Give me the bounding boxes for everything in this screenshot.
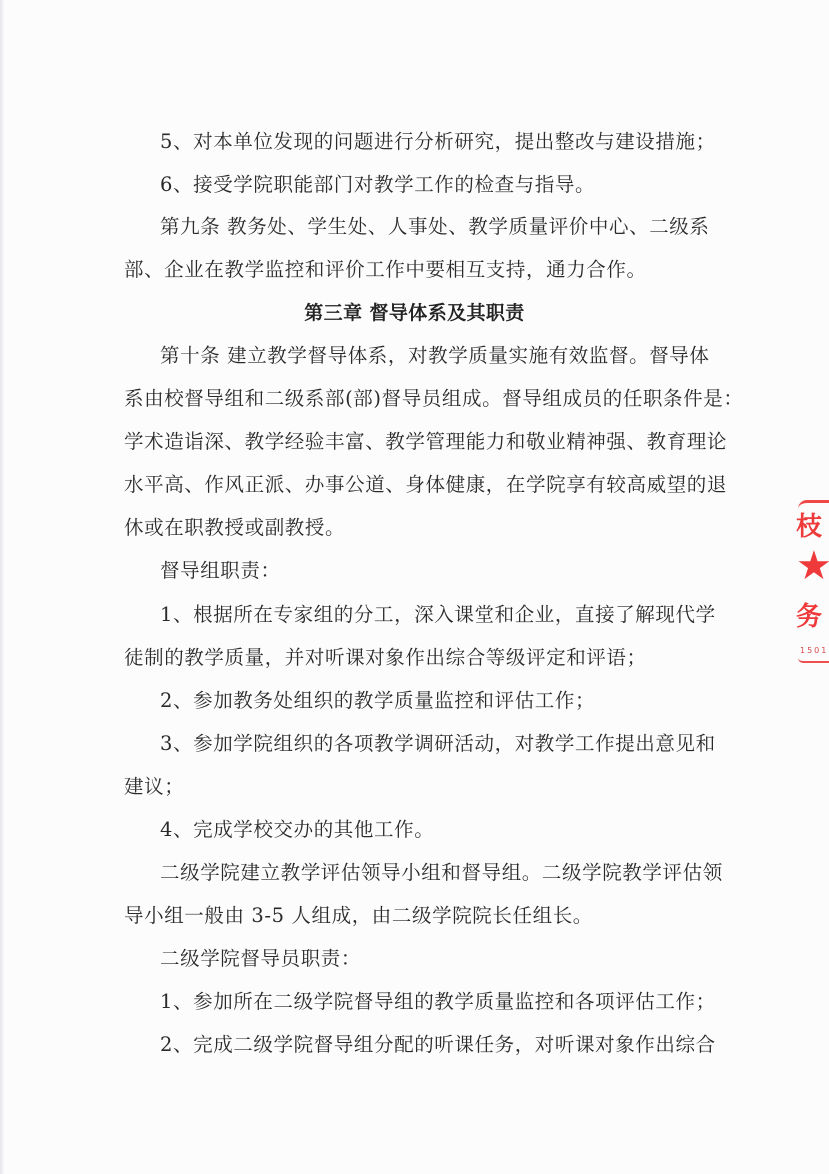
- list-item-6: 6、接受学院职能部门对教学工作的检查与指导。: [160, 172, 595, 198]
- document-page: 5、对本单位发现的问题进行分析研究，提出整改与建设措施； 6、接受学院职能部门对…: [0, 0, 829, 1174]
- college-duty-2: 2、完成二级学院督导组分配的听课任务，对听课对象作出综合: [160, 1032, 716, 1058]
- article-10-line-1: 第十条 建立教学督导体系，对教学质量实施有效监督。督导体: [160, 343, 710, 369]
- group-duty-2: 2、参加教务处组织的教学质量监控和评估工作；: [160, 688, 595, 714]
- college-paragraph-line-1: 二级学院建立教学评估领导小组和督导组。二级学院教学评估领: [160, 860, 723, 886]
- group-duty-4: 4、完成学校交办的其他工作。: [160, 817, 434, 843]
- official-seal-stamp: 枝 ★ 务 1501: [796, 496, 829, 646]
- college-paragraph-line-2: 导小组一般由 3-5 人组成，由二级学院院长任组长。: [124, 903, 593, 929]
- college-duties-title: 二级学院督导员职责：: [160, 946, 361, 972]
- seal-underline: [798, 658, 829, 663]
- scan-page-edge: [0, 0, 4, 1174]
- chapter-heading: 第三章 督导体系及其职责: [0, 300, 829, 326]
- article-10-line-5: 休或在职教授或副教授。: [124, 515, 345, 541]
- article-9-line-2: 部、企业在教学监控和评价工作中要相互支持，通力合作。: [124, 257, 647, 283]
- article-10-line-2: 系由校督导组和二级系部(部)督导员组成。督导组成员的任职条件是：: [124, 386, 743, 412]
- group-duty-3-line-2: 建议；: [124, 774, 184, 800]
- article-10-line-4: 水平高、作风正派、办事公道、身体健康，在学院享有较高威望的退: [124, 472, 727, 498]
- article-10-line-3: 学术造诣深、教学经验丰富、教学管理能力和敬业精神强、教育理论: [124, 429, 727, 455]
- group-duty-1-line-1: 1、根据所在专家组的分工，深入课堂和企业，直接了解现代学: [160, 602, 716, 628]
- list-item-5: 5、对本单位发现的问题进行分析研究，提出整改与建设措施；: [160, 129, 716, 155]
- seal-number: 1501: [800, 646, 828, 655]
- seal-star-icon: ★: [796, 546, 829, 586]
- group-duty-3-line-1: 3、参加学院组织的各项教学调研活动，对教学工作提出意见和: [160, 731, 716, 757]
- group-duties-title: 督导组职责：: [160, 558, 281, 584]
- seal-char-top: 枝: [796, 506, 822, 543]
- seal-char-bottom: 务: [796, 596, 822, 633]
- article-9-line-1: 第九条 教务处、学生处、人事处、教学质量评价中心、二级系: [160, 214, 710, 240]
- group-duty-1-line-2: 徒制的教学质量，并对听课对象作出综合等级评定和评语；: [124, 645, 647, 671]
- college-duty-1: 1、参加所在二级学院督导组的教学质量监控和各项评估工作；: [160, 989, 716, 1015]
